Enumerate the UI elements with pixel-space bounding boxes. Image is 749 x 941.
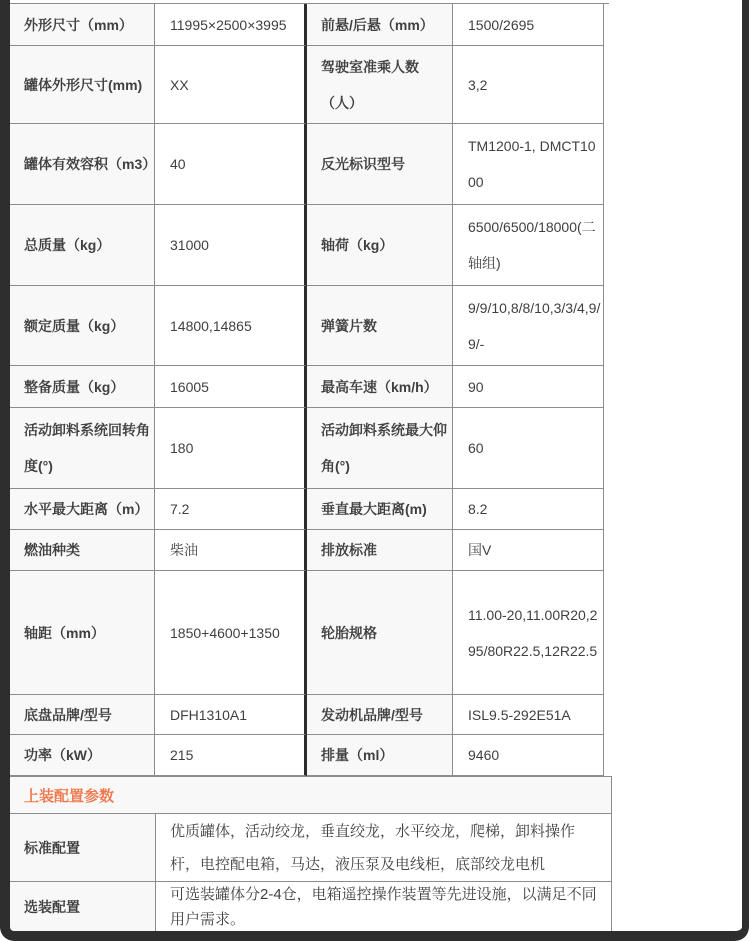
spec-label: 总质量（kg） (10, 205, 155, 286)
spec-value: 90 (453, 366, 604, 408)
spec-value: ISL9.5-292E51A (453, 695, 604, 735)
spec-value: 1500/2695 (453, 4, 604, 46)
spec-label: 弹簧片数 (307, 286, 453, 366)
spec-label: 燃油种类 (10, 530, 155, 571)
spec-label: 罐体有效容积（m3） (10, 124, 155, 205)
spec-value: 1850+4600+1350 (155, 571, 307, 695)
spec-label: 前悬/后悬（mm） (307, 4, 453, 46)
spec-label: 活动卸料系统回转角度(°) (10, 408, 155, 489)
spec-label: 排量（ml） (307, 735, 453, 776)
spec-value: 14800,14865 (155, 286, 307, 366)
config-value: 可选装罐体分2-4仓，电箱遥控操作装置等先进设施，以满足不同用户需求。 (156, 882, 612, 932)
config-section: 上装配置参数 标准配置 优质罐体，活动绞龙，垂直绞龙，水平绞龙，爬梯，卸料操作杆… (10, 776, 612, 932)
spec-label: 活动卸料系统最大仰角(°) (307, 408, 453, 489)
spec-value: 3,2 (453, 46, 604, 124)
spec-value: 7.2 (155, 489, 307, 530)
spec-value: 40 (155, 124, 307, 205)
spec-value: 8.2 (453, 489, 604, 530)
spec-label: 功率（kW） (10, 735, 155, 776)
spec-value: 215 (155, 735, 307, 776)
spec-value: 180 (155, 408, 307, 489)
spec-value: TM1200-1, DMCT1000 (453, 124, 604, 205)
spec-label: 水平最大距离（m） (10, 489, 155, 530)
spec-value: 9460 (453, 735, 604, 776)
spec-value: XX (155, 46, 307, 124)
config-section-title: 上装配置参数 (10, 777, 612, 814)
spec-value: 国V (453, 530, 604, 571)
spec-label: 额定质量（kg） (10, 286, 155, 366)
spec-label: 轴距（mm） (10, 571, 155, 695)
config-label: 选装配置 (10, 882, 156, 932)
config-label: 标准配置 (10, 814, 156, 882)
config-value: 优质罐体，活动绞龙，垂直绞龙，水平绞龙，爬梯，卸料操作杆，电控配电箱，马达，液压… (156, 814, 612, 882)
spec-value: 9/9/10,8/8/10,3/3/4,9/9/- (453, 286, 604, 366)
spec-value: DFH1310A1 (155, 695, 307, 735)
spec-label: 排放标准 (307, 530, 453, 571)
spec-label: 整备质量（kg） (10, 366, 155, 408)
spec-label: 反光标识型号 (307, 124, 453, 205)
spec-label: 外形尺寸（mm） (10, 4, 155, 46)
spec-label: 底盘品牌/型号 (10, 695, 155, 735)
spec-value: 柴油 (155, 530, 307, 571)
spec-label: 轴荷（kg） (307, 205, 453, 286)
spec-value: 16005 (155, 366, 307, 408)
spec-value: 6500/6500/18000(二轴组) (453, 205, 604, 286)
spec-label: 发动机品牌/型号 (307, 695, 453, 735)
vehicle-spec-page: 外形尺寸（mm） 11995×2500×3995 前悬/后悬（mm） 1500/… (0, 0, 749, 941)
spec-label: 罐体外形尺寸(mm) (10, 46, 155, 124)
spec-value: 31000 (155, 205, 307, 286)
spec-label: 驾驶室准乘人数（人） (307, 46, 453, 124)
spec-label: 轮胎规格 (307, 571, 453, 695)
spec-label: 最高车速（km/h） (307, 366, 453, 408)
spec-table: 外形尺寸（mm） 11995×2500×3995 前悬/后悬（mm） 1500/… (10, 3, 609, 776)
spec-value: 11.00-20,11.00R20,295/80R22.5,12R22.5 (453, 571, 604, 695)
spec-label: 垂直最大距离(m) (307, 489, 453, 530)
spec-value: 60 (453, 408, 604, 489)
spec-value: 11995×2500×3995 (155, 4, 307, 46)
